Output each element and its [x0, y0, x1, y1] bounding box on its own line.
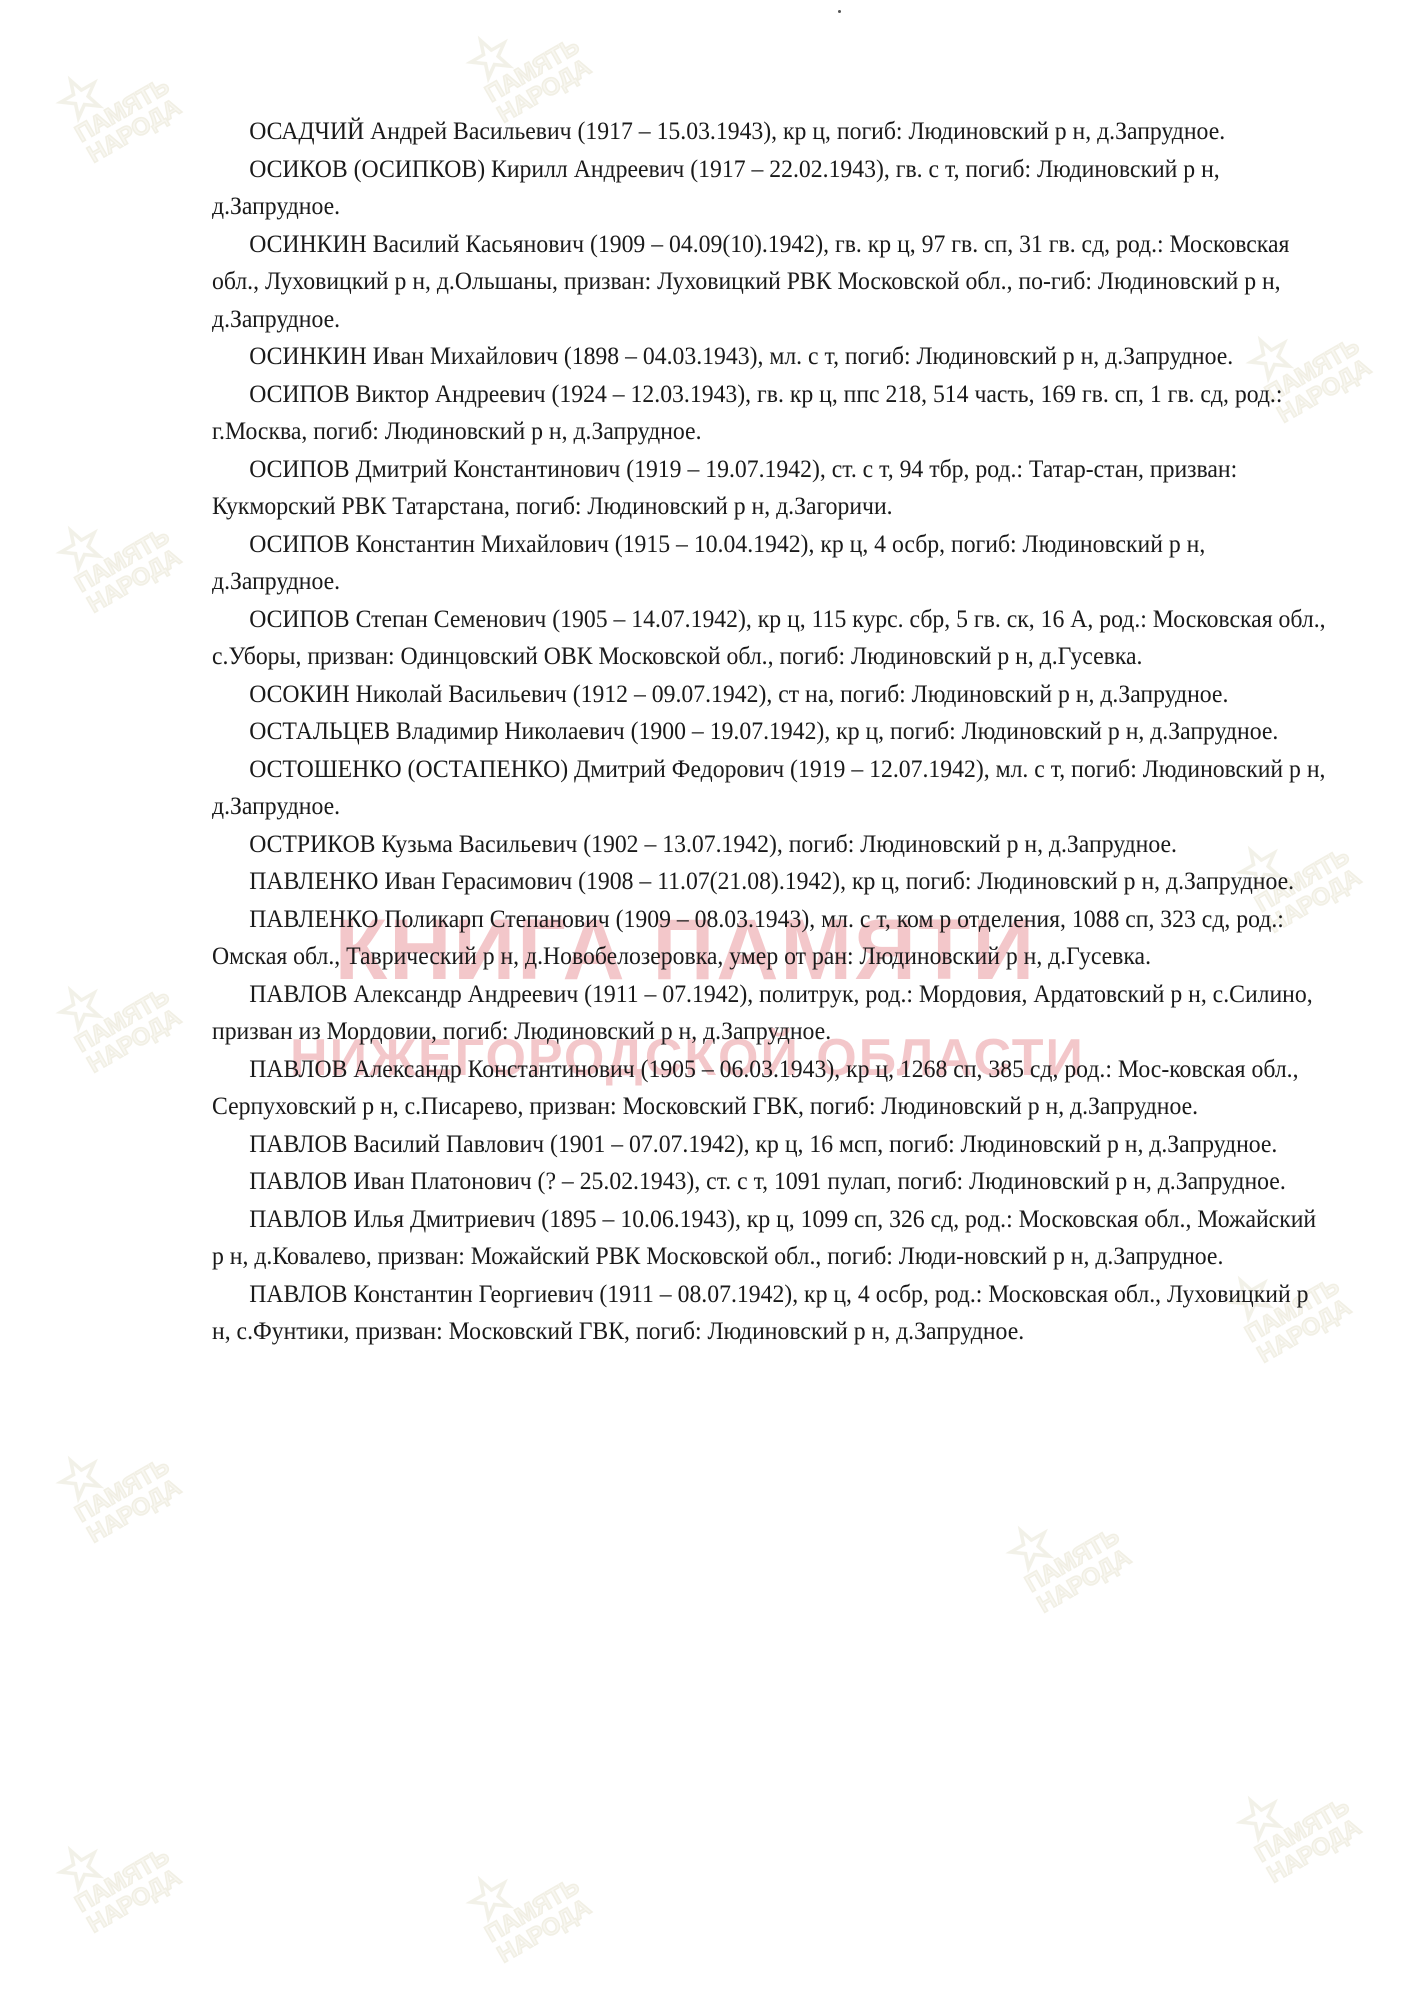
entry-surname: ПАВЛОВ: [249, 1204, 347, 1233]
memorial-entry: ОСТОШЕНКО (ОСТАПЕНКО) Дмитрий Федорович …: [212, 750, 1333, 825]
memorial-entry: ПАВЛОВ Василий Павлович (1901 – 07.07.19…: [212, 1125, 1333, 1163]
entry-surname: ОСИНКИН: [249, 341, 367, 370]
memorial-entry: ОСТРИКОВ Кузьма Васильевич (1902 – 13.07…: [212, 825, 1333, 863]
entry-surname: ОСАДЧИЙ: [249, 116, 364, 145]
entry-details: Николай Васильевич (1912 – 09.07.1942), …: [350, 679, 1229, 708]
entry-surname: ПАВЛОВ: [249, 1129, 347, 1158]
entry-details: Дмитрий Константинович (1919 – 19.07.194…: [212, 454, 1237, 521]
entry-surname: ОСИКОВ (ОСИПКОВ): [249, 154, 485, 183]
entry-surname: ОСТОШЕНКО (ОСТАПЕНКО): [249, 754, 568, 783]
star-icon: ☆: [45, 61, 116, 135]
document-page: ☆ ПАМЯТЬНАРОДА ☆ ПАМЯТЬНАРОДА ☆ ПАМЯТЬНА…: [0, 0, 1411, 2000]
memory-logo-watermark: ☆ ПАМЯТЬНАРОДА: [1216, 1746, 1394, 1924]
entry-details: Иван Михайлович (1898 – 04.03.1943), мл.…: [367, 341, 1233, 370]
entry-surname: ОСОКИН: [249, 679, 349, 708]
entry-details: Василий Павлович (1901 – 07.07.1942), кр…: [347, 1129, 1277, 1158]
entry-details: Александр Константинович (1905 – 06.03.1…: [212, 1054, 1299, 1121]
entry-surname: ОСИПОВ: [249, 454, 349, 483]
entry-details: Степан Семенович (1905 – 14.07.1942), кр…: [212, 604, 1326, 671]
entry-surname: ОСИПОВ: [249, 379, 349, 408]
star-icon: ☆: [455, 1861, 526, 1935]
star-icon: ☆: [995, 1511, 1066, 1585]
entry-surname: ОСИПОВ: [249, 604, 349, 633]
entry-details: Андрей Васильевич (1917 – 15.03.1943), к…: [364, 116, 1225, 145]
entry-surname: ПАВЛЕНКО: [249, 866, 378, 895]
memorial-entry: ОСОКИН Николай Васильевич (1912 – 09.07.…: [212, 675, 1333, 713]
memorial-entry: ОСИПОВ Виктор Андреевич (1924 – 12.03.19…: [212, 375, 1333, 450]
entry-details: Владимир Николаевич (1900 – 19.07.1942),…: [390, 716, 1278, 745]
entry-details: Иван Герасимович (1908 – 11.07(21.08).19…: [378, 866, 1294, 895]
memorial-entry: ПАВЛОВ Александр Андреевич (1911 – 07.19…: [212, 975, 1333, 1050]
entry-surname: ПАВЛОВ: [249, 979, 347, 1008]
entry-surname: ОСТРИКОВ: [249, 829, 375, 858]
memorial-entry: ПАВЛОВ Илья Дмитриевич (1895 – 10.06.194…: [212, 1200, 1333, 1275]
entry-details: Иван Платонович (? – 25.02.1943), ст. с …: [347, 1166, 1285, 1195]
entry-surname: ПАВЛОВ: [249, 1279, 347, 1308]
star-icon: ☆: [455, 21, 526, 95]
memorial-entry: ОСИНКИН Василий Касьянович (1909 – 04.09…: [212, 225, 1333, 338]
memorial-entry: ОСИПОВ Константин Михайлович (1915 – 10.…: [212, 525, 1333, 600]
memory-logo-watermark: ☆ ПАМЯТЬНАРОДА: [986, 1476, 1164, 1654]
memorial-entry: ПАВЛЕНКО Иван Герасимович (1908 – 11.07(…: [212, 862, 1333, 900]
star-icon: ☆: [45, 511, 116, 585]
entry-details: Кузьма Васильевич (1902 – 13.07.1942), п…: [375, 829, 1177, 858]
entry-surname: ПАВЛЕНКО: [249, 904, 378, 933]
entry-surname: ОСИНКИН: [249, 229, 367, 258]
memorial-entry: ПАВЛОВ Константин Георгиевич (1911 – 08.…: [212, 1275, 1333, 1350]
entry-details: Василий Касьянович (1909 – 04.09(10).194…: [212, 229, 1289, 333]
star-icon: ☆: [45, 1441, 116, 1515]
star-icon: ☆: [45, 971, 116, 1045]
entry-details: Константин Георгиевич (1911 – 08.07.1942…: [212, 1279, 1308, 1346]
memorial-entry: ОСИПОВ Дмитрий Константинович (1919 – 19…: [212, 450, 1333, 525]
entry-details: Илья Дмитриевич (1895 – 10.06.1943), кр …: [212, 1204, 1316, 1271]
memorial-entry: ОСИНКИН Иван Михайлович (1898 – 04.03.19…: [212, 337, 1333, 375]
scan-speck: [838, 10, 841, 13]
memorial-entry: ОСИКОВ (ОСИПКОВ) Кирилл Андреевич (1917 …: [212, 150, 1333, 225]
logo-text: ПАМЯТЬНАРОДА: [60, 68, 197, 175]
memory-logo-watermark: ☆ ПАМЯТЬНАРОДА: [36, 1406, 214, 1584]
entry-surname: ОСИПОВ: [249, 529, 349, 558]
memory-logo-watermark: ☆ ПАМЯТЬНАРОДА: [36, 936, 214, 1114]
memory-logo-watermark: ☆ ПАМЯТЬНАРОДА: [446, 1826, 624, 2000]
memorial-entry: ОСАДЧИЙ Андрей Васильевич (1917 – 15.03.…: [212, 112, 1333, 150]
memorial-entry-list: ОСАДЧИЙ Андрей Васильевич (1917 – 15.03.…: [212, 112, 1332, 1350]
memorial-entry: ОСТАЛЬЦЕВ Владимир Николаевич (1900 – 19…: [212, 712, 1333, 750]
memorial-entry: ОСИПОВ Степан Семенович (1905 – 14.07.19…: [212, 600, 1333, 675]
entry-details: Константин Михайлович (1915 – 10.04.1942…: [212, 529, 1205, 596]
memorial-entry: ПАВЛОВ Александр Константинович (1905 – …: [212, 1050, 1333, 1125]
entry-surname: ПАВЛОВ: [249, 1166, 347, 1195]
star-icon: ☆: [1225, 1781, 1296, 1855]
memory-logo-watermark: ☆ ПАМЯТЬНАРОДА: [36, 26, 214, 204]
entry-surname: ОСТАЛЬЦЕВ: [249, 716, 390, 745]
memorial-entry: ПАВЛЕНКО Поликарп Степанович (1909 – 08.…: [212, 900, 1333, 975]
entry-details: Виктор Андреевич (1924 – 12.03.1943), гв…: [212, 379, 1282, 446]
memory-logo-watermark: ☆ ПАМЯТЬНАРОДА: [36, 1796, 214, 1974]
star-icon: ☆: [45, 1831, 116, 1905]
entry-surname: ПАВЛОВ: [249, 1054, 347, 1083]
entry-details: Александр Андреевич (1911 – 07.1942), по…: [212, 979, 1313, 1046]
memory-logo-watermark: ☆ ПАМЯТЬНАРОДА: [36, 476, 214, 654]
memorial-entry: ПАВЛОВ Иван Платонович (? – 25.02.1943),…: [212, 1162, 1333, 1200]
